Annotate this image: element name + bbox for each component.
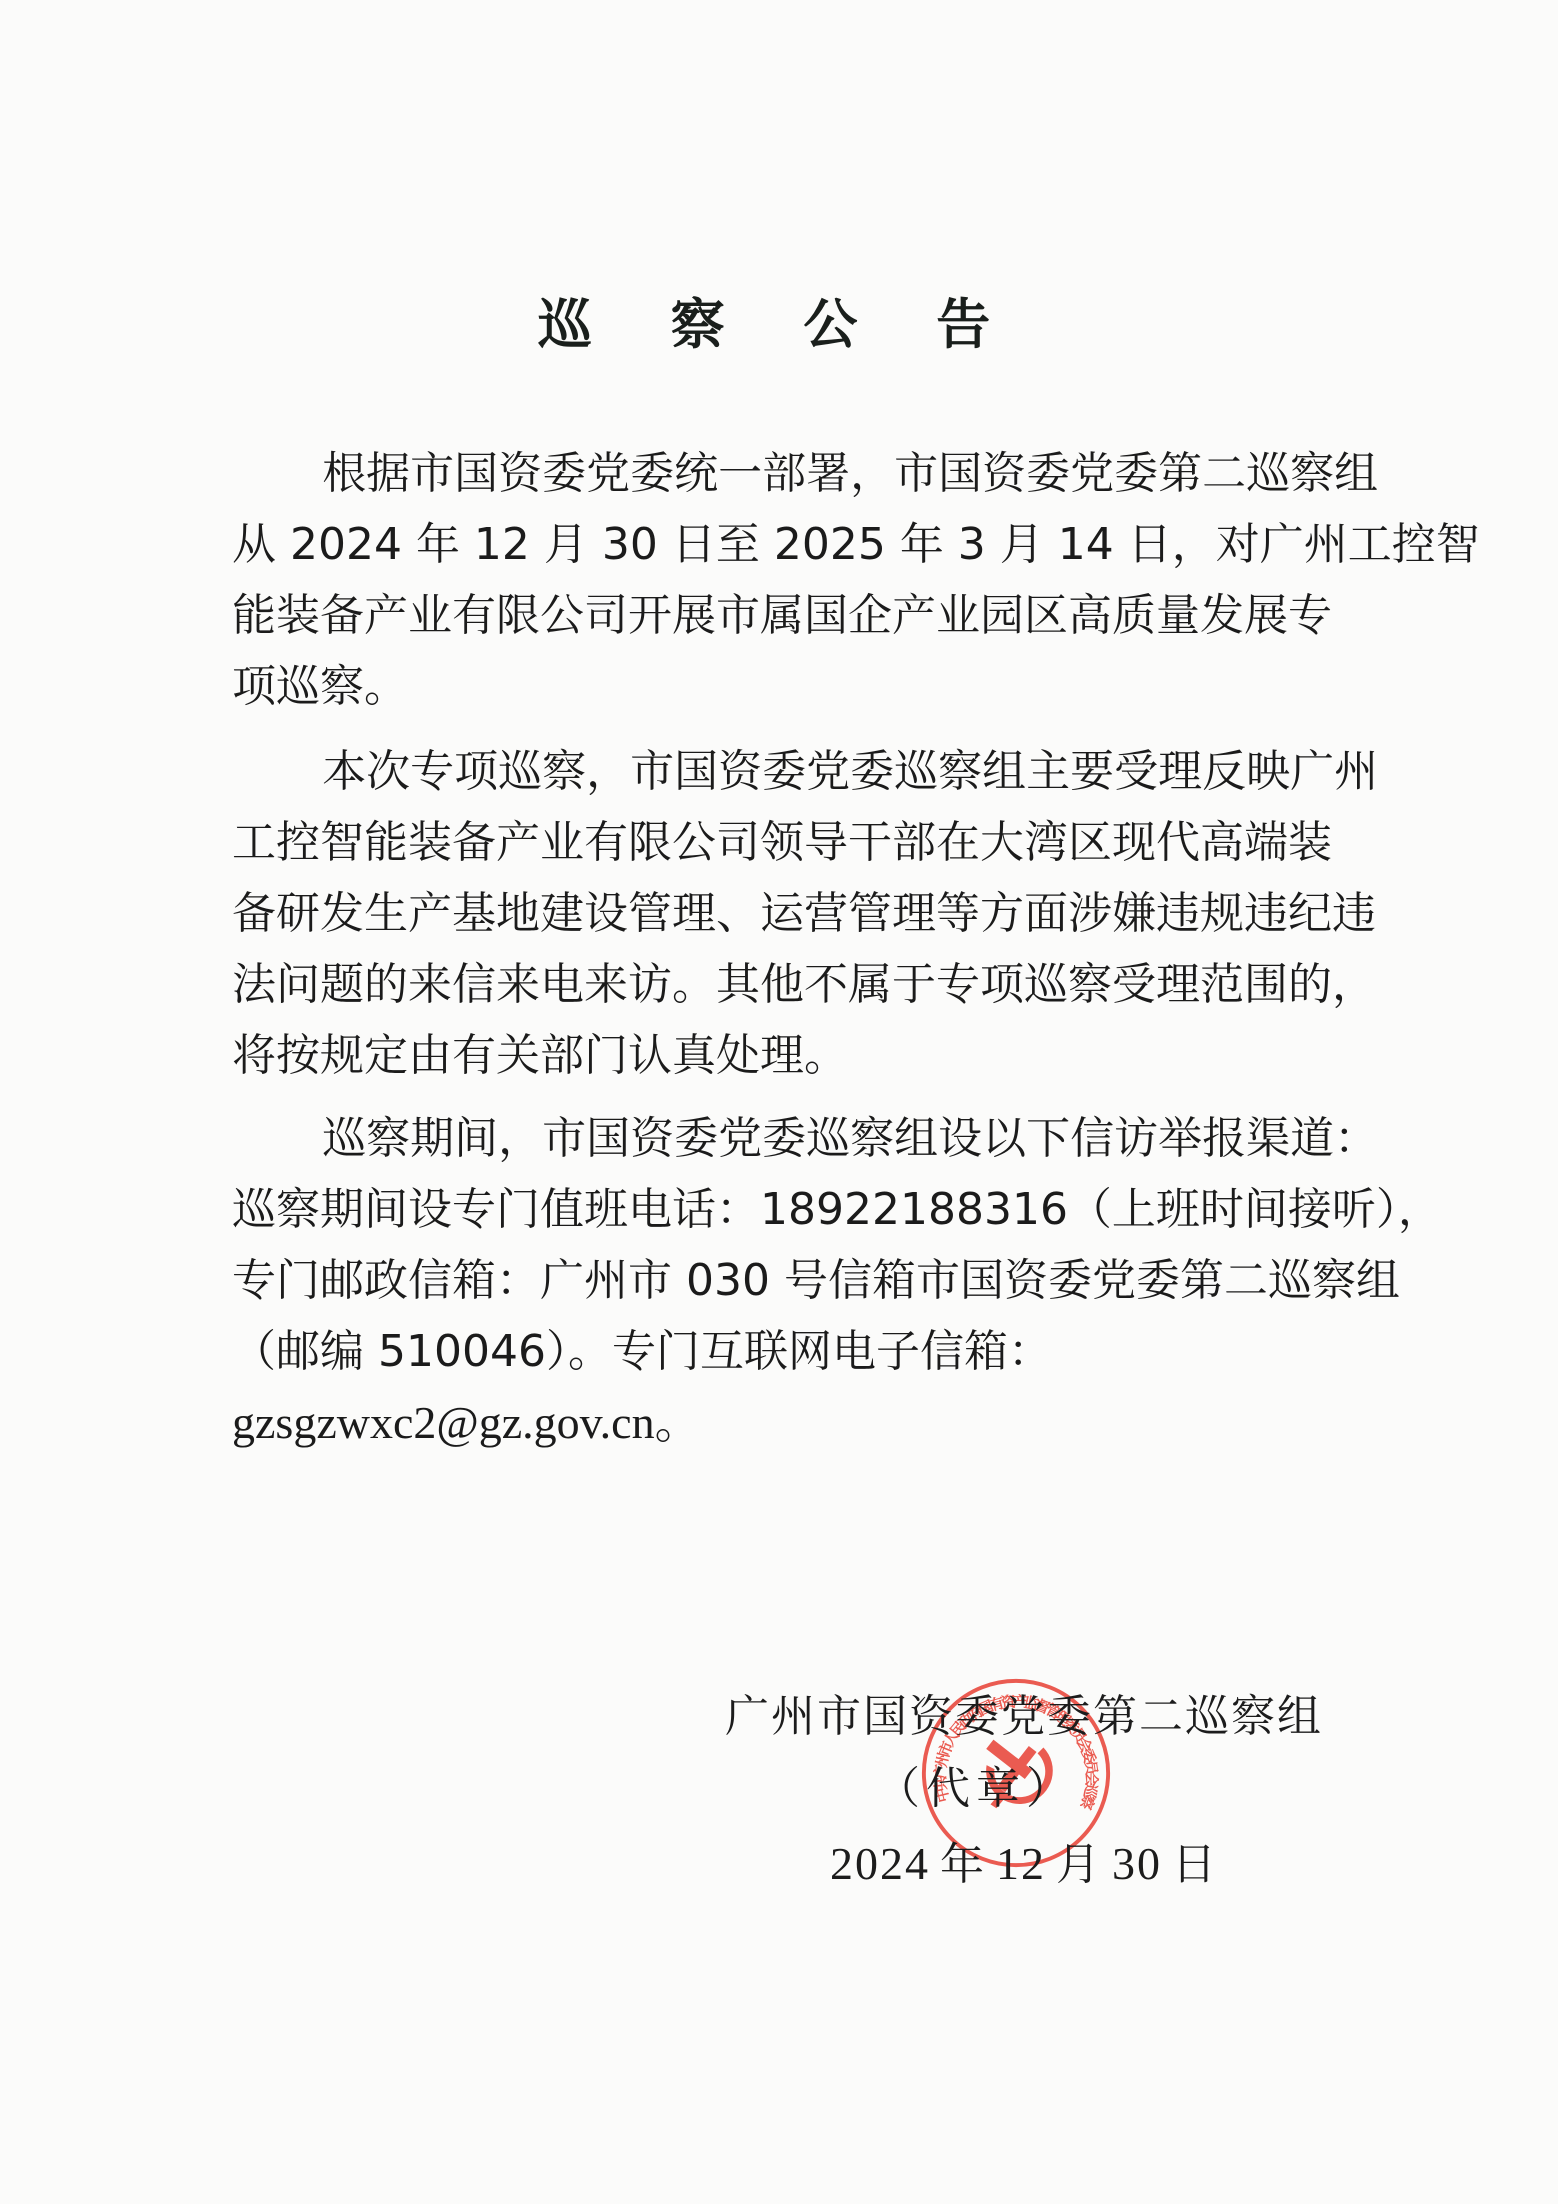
- paragraph-line: 工控智能装备产业有限公司领导干部在大湾区现代高端装: [232, 807, 1324, 878]
- po-box-line: 专门邮政信箱：广州市 030 号信箱市国资委党委第二巡察组: [232, 1245, 1324, 1316]
- paragraph-line: 根据市国资委党委统一部署，市国资委党委第二巡察组: [232, 438, 1324, 509]
- date-day: 30: [1112, 1838, 1162, 1889]
- seal-note: （代章）: [876, 1752, 1076, 1816]
- document-page: 巡 察 公 告 根据市国资委党委统一部署，市国资委党委第二巡察组 从 2024 …: [0, 0, 1558, 2204]
- document-title: 巡 察 公 告: [0, 282, 1558, 359]
- paragraph-line: 能装备产业有限公司开展市属国企产业园区高质量发展专: [232, 580, 1324, 651]
- paragraph-line: 巡察期间，市国资委党委巡察组设以下信访举报渠道：: [232, 1103, 1324, 1174]
- paragraph-1: 根据市国资委党委统一部署，市国资委党委第二巡察组 从 2024 年 12 月 3…: [232, 438, 1324, 722]
- paragraph-3: 巡察期间，市国资委党委巡察组设以下信访举报渠道： 巡察期间设专门值班电话：189…: [232, 1103, 1324, 1458]
- paragraph-line: 项巡察。: [232, 651, 1324, 722]
- paragraph-line: 本次专项巡察，市国资委党委巡察组主要受理反映广州: [232, 736, 1324, 807]
- date-year-unit: 年: [940, 1839, 986, 1890]
- paragraph-2: 本次专项巡察，市国资委党委巡察组主要受理反映广州 工控智能装备产业有限公司领导干…: [232, 736, 1324, 1091]
- date-month-unit: 月: [1056, 1839, 1102, 1890]
- paragraph-line: 备研发生产基地建设管理、运营管理等方面涉嫌违规违纪违: [232, 878, 1324, 949]
- date-day-unit: 日: [1172, 1839, 1218, 1890]
- issuer-signature: 广州市国资委党委第二巡察组: [725, 1680, 1323, 1744]
- email-line: gzsgzwxc2@gz.gov.cn。: [232, 1387, 1324, 1458]
- document-body: 根据市国资委党委统一部署，市国资委党委第二巡察组 从 2024 年 12 月 3…: [232, 438, 1324, 1458]
- issue-date: 2024年12月30日: [830, 1828, 1228, 1892]
- paragraph-line: 从 2024 年 12 月 30 日至 2025 年 3 月 14 日，对广州工…: [232, 509, 1324, 580]
- date-year: 2024: [830, 1838, 930, 1889]
- postcode-line: （邮编 510046）。专门互联网电子信箱：: [232, 1316, 1324, 1387]
- phone-line: 巡察期间设专门值班电话：18922188316（上班时间接听），: [232, 1174, 1324, 1245]
- date-month: 12: [996, 1838, 1046, 1889]
- paragraph-line: 法问题的来信来电来访。其他不属于专项巡察受理范围的，: [232, 949, 1324, 1020]
- paragraph-line: 将按规定由有关部门认真处理。: [232, 1020, 1324, 1091]
